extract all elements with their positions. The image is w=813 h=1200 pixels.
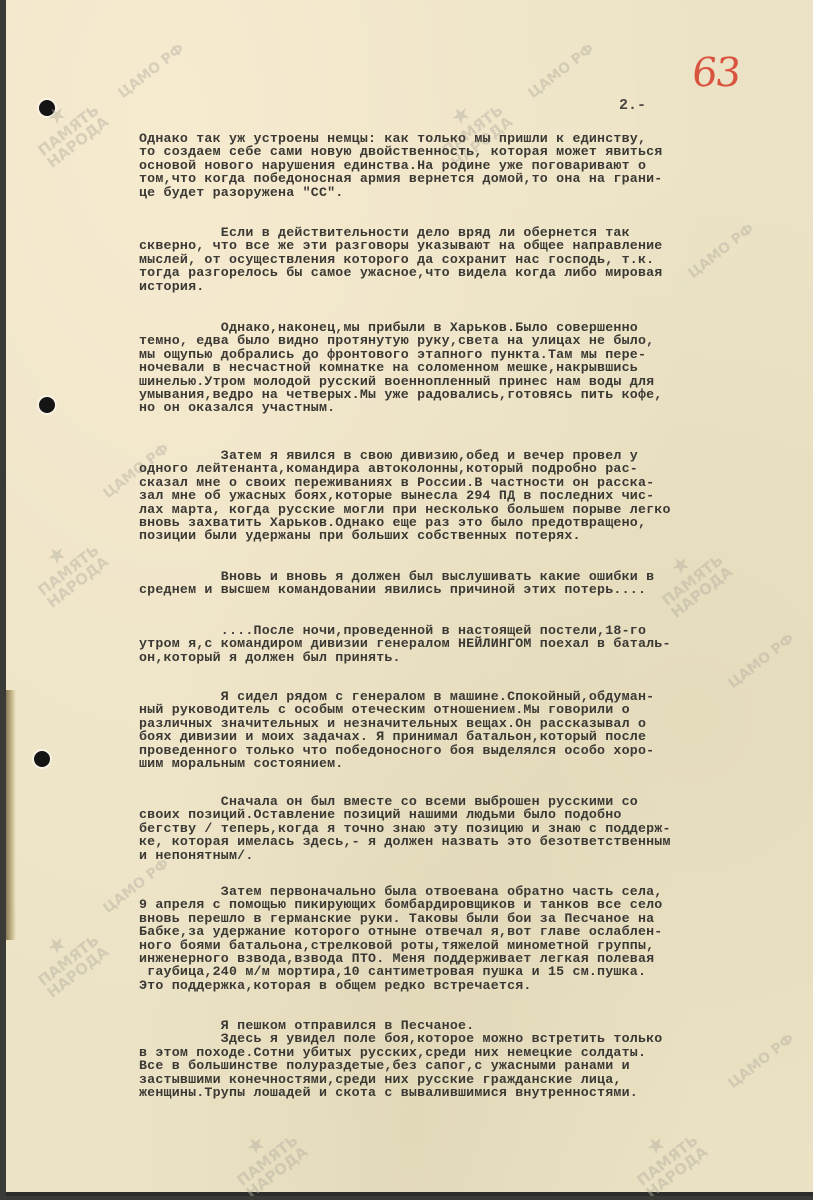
text-line: история. — [139, 280, 789, 293]
handwritten-folio-number: 63 — [690, 50, 742, 96]
text-line: ночевали в несчастной комнатке на соломе… — [139, 361, 789, 374]
page-number: 2.- — [619, 97, 646, 114]
text-line: мы ощупью добрались до фронтового этапно… — [139, 348, 789, 361]
paragraph: Однако,наконец,мы прибыли в Харьков.Было… — [139, 321, 789, 415]
text-line: 9 апреля с помощью пикирующих бомбардиро… — [139, 898, 789, 911]
text-line: Однако так уж устроены немцы: как только… — [139, 132, 789, 145]
text-line: ке, которая имелась здесь,- я должен наз… — [139, 835, 789, 848]
text-line: Однако,наконец,мы прибыли в Харьков.Было… — [139, 321, 789, 334]
paragraph: Однако так уж устроены немцы: как только… — [139, 132, 789, 199]
text-line: Я пешком отправился в Песчаное. — [139, 1019, 789, 1032]
watermark-pamyat-naroda: ★ ПАМЯТЬ НАРОДА — [22, 915, 111, 1001]
text-line: своих позиций.Оставление позиций нашими … — [139, 808, 789, 821]
text-line: це будет разоружена "СС". — [139, 186, 789, 199]
text-line: умывания,ведро на четверых.Мы уже радова… — [139, 388, 789, 401]
text-line: бегству / теперь,когда я точно знаю эту … — [139, 822, 789, 835]
text-line: ....После ночи,проведенной в настоящей п… — [139, 624, 789, 637]
text-line: скверно, что все же эти разговоры указыв… — [139, 239, 789, 252]
punch-hole — [34, 751, 50, 767]
text-line: вновь захватить Харьков.Однако еще раз э… — [139, 516, 789, 529]
page-bottom-edge — [6, 1192, 813, 1196]
text-line: вновь перешло в германские руки. Таковы … — [139, 912, 789, 925]
text-line: Сначала он был вместе со всеми выброшен … — [139, 795, 789, 808]
paragraph: Я пешком отправился в Песчаное. Здесь я … — [139, 1019, 789, 1099]
watermark-pamyat-naroda: ★ ПАМЯТЬ НАРОДА — [621, 1115, 710, 1196]
paragraph: Я сидел рядом с генералом в машине.Споко… — [139, 690, 789, 770]
star-icon: ★ — [22, 915, 93, 977]
text-line: Это поддержка,которая в общем редко встр… — [139, 979, 789, 992]
text-line: ного боями батальона,стрелковой роты,тяж… — [139, 939, 789, 952]
text-line: боях дивизии и моих задачах. Я принимал … — [139, 730, 789, 743]
text-line: тогда разгорелось бы самое ужасное,что в… — [139, 266, 789, 279]
watermark-pamyat-naroda: ★ ПАМЯТЬ НАРОДА — [221, 1115, 310, 1196]
text-line: том,что когда победоносная армия вернетс… — [139, 172, 789, 185]
text-line: инженерного взвода,взвода ПТО. Меня подд… — [139, 952, 789, 965]
document-page: ЦАМО РФ ЦАМО РФ ЦАМО РФ ЦАМО РФ ЦАМО РФ … — [6, 0, 813, 1196]
paragraph: Вновь и вновь я должен был выслушивать к… — [139, 570, 789, 597]
watermark-tsamo: ЦАМО РФ — [116, 42, 187, 101]
text-line: утром я,с командиром дивизии генералом Н… — [139, 637, 789, 650]
watermark-pamyat-naroda: ★ ПАМЯТЬ НАРОДА — [22, 525, 111, 611]
text-line: мыслей, от осуществления которого да сох… — [139, 253, 789, 266]
text-line: позиции были удержаны при больших собств… — [139, 529, 789, 542]
text-line: Затем первоначально была отвоевана обрат… — [139, 885, 789, 898]
text-line: Здесь я увидел поле боя,которое можно вс… — [139, 1032, 789, 1045]
text-line: Если в действительности дело вряд ли обе… — [139, 226, 789, 239]
text-line: женщины.Трупы лошадей и скота с вываливш… — [139, 1086, 789, 1099]
text-line: среднем и высшем командовании явились пр… — [139, 583, 789, 596]
text-line: застывшими конечностями,среди них русски… — [139, 1073, 789, 1086]
text-line: шим моральным состоянием. — [139, 757, 789, 770]
punch-hole — [39, 100, 55, 116]
text-line: лах марта, когда русские могли при неско… — [139, 503, 789, 516]
star-icon: ★ — [621, 1115, 692, 1177]
paragraph: Если в действительности дело вряд ли обе… — [139, 226, 789, 293]
watermark-pamyat-naroda: ★ ПАМЯТЬ НАРОДА — [22, 85, 111, 171]
text-line: одного лейтенанта,командира автоколонны,… — [139, 462, 789, 475]
star-icon: ★ — [22, 525, 93, 587]
text-line: основой нового нарушения единства.На род… — [139, 159, 789, 172]
text-line: и непонятным/. — [139, 849, 789, 862]
text-line: но он оказался участным. — [139, 401, 789, 414]
text-line: зал мне об ужасных боях,которые вынесла … — [139, 489, 789, 502]
text-line: то создаем себе сами новую двойственност… — [139, 145, 789, 158]
text-line: Все в большинстве полураздетые,без сапог… — [139, 1059, 789, 1072]
text-line: Вновь и вновь я должен был выслушивать к… — [139, 570, 789, 583]
text-line: гаубица,240 м/м мортира,10 сантиметровая… — [139, 965, 789, 978]
text-line: различных значительных и незначительных … — [139, 717, 789, 730]
text-line: шинелью.Утром молодой русский военноплен… — [139, 375, 789, 388]
paragraph: Затем я явился в свою дивизию,обед и веч… — [139, 449, 789, 543]
text-line: ный руководитель с особым отеческим отно… — [139, 703, 789, 716]
paragraph: ....После ночи,проведенной в настоящей п… — [139, 624, 789, 664]
text-line: он,который я должен был принять. — [139, 651, 789, 664]
star-icon: ★ — [221, 1115, 292, 1177]
text-line: Бабке,за удержание которого отныне отвеч… — [139, 925, 789, 938]
paragraph: Затем первоначально была отвоевана обрат… — [139, 885, 789, 992]
watermark-tsamo: ЦАМО РФ — [526, 42, 597, 101]
text-line: Затем я явился в свою дивизию,обед и веч… — [139, 449, 789, 462]
text-line: Я сидел рядом с генералом в машине.Споко… — [139, 690, 789, 703]
paragraph: Сначала он был вместе со всеми выброшен … — [139, 795, 789, 862]
star-icon: ★ — [22, 85, 93, 147]
text-line: сказал мне о своих переживаниях в России… — [139, 476, 789, 489]
punch-hole — [39, 397, 55, 413]
text-line: в этом походе.Сотни убитых русских,среди… — [139, 1046, 789, 1059]
text-line: проведенного только что победоносного бо… — [139, 744, 789, 757]
text-line: темно, едва было видно протянутую руку,с… — [139, 334, 789, 347]
page-torn-edge — [6, 690, 16, 940]
